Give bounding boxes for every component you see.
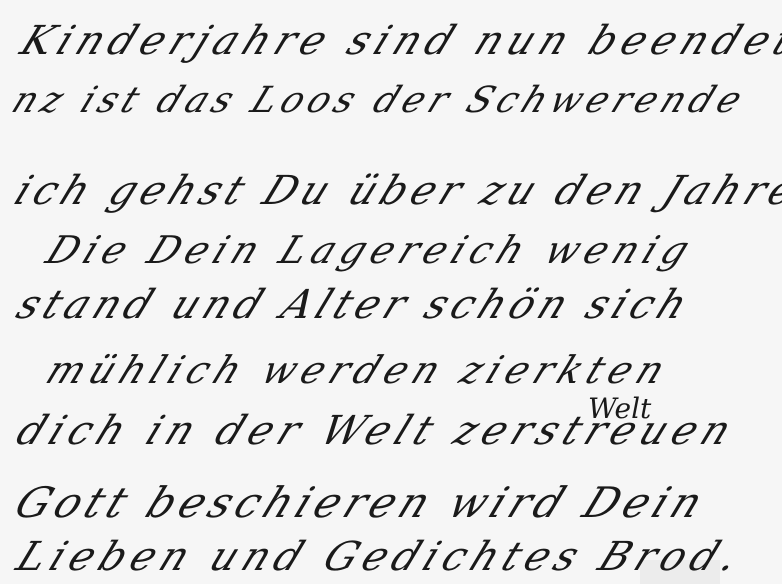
handwritten-line-4: Die Dein Lagereich wenig — [40, 228, 702, 272]
handwritten-line-3: ich gehst Du über zu den Jahren — [8, 168, 782, 214]
handwritten-line-6: mühlich werden zierkten — [40, 348, 678, 392]
handwritten-line-1: Kinderjahre sind nun beendet, — [14, 18, 782, 64]
interlinear-insertion: Welt — [588, 392, 651, 425]
handwritten-line-5: stand und Alter schön sich — [10, 282, 699, 328]
handwritten-line-8: Gott beschieren wird Dein — [8, 478, 715, 527]
handwritten-line-2: nz ist das Loos der Schwerende — [6, 80, 753, 121]
handwritten-line-9: Lieben und Gedichtes Brod. — [10, 534, 751, 580]
handwritten-page: Kinderjahre sind nun beendet, nz ist das… — [0, 0, 782, 584]
